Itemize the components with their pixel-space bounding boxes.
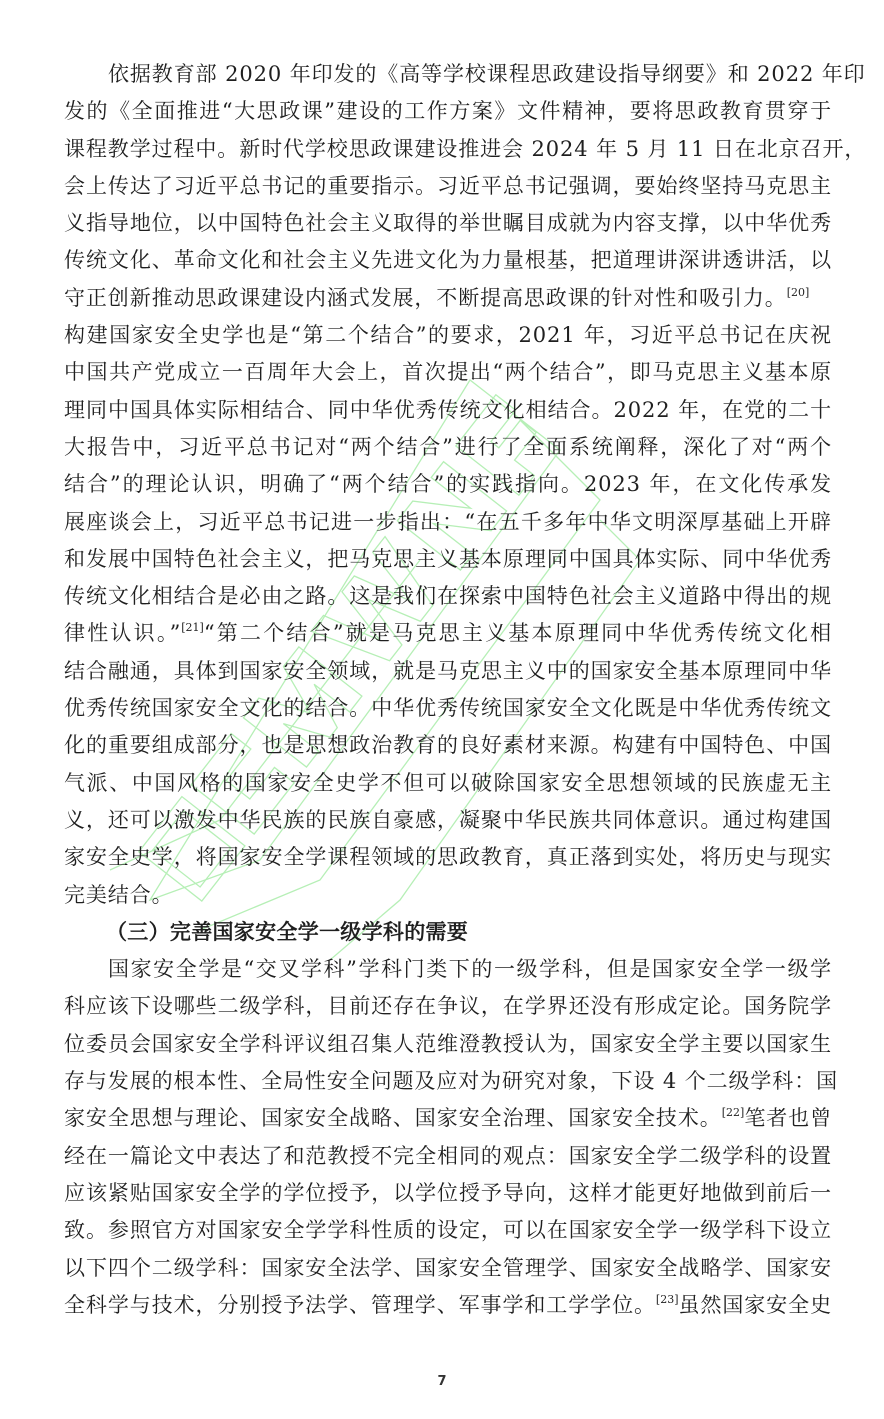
document-page: 依据教育部 2020 年印发的《高等学校课程思政建设指导纲要》和 2022 年印… — [0, 0, 884, 1419]
text-line: 依据教育部 2020 年印发的《高等学校课程思政建设指导纲要》和 2022 年印 — [64, 56, 832, 93]
citation-ref-20[interactable]: [20] — [787, 286, 810, 299]
text-line: 家安全史学，将国家安全学课程领域的思政教育，真正落到实处，将历史与现实 — [64, 839, 832, 876]
page-number: 7 — [0, 1374, 884, 1389]
text-line: 结合融通，具体到国家安全领域，就是马克思主义中的国家安全基本原理同中华 — [64, 653, 832, 690]
text-line: 完美结合。 — [64, 877, 832, 914]
citation-ref-21[interactable]: [21] — [181, 621, 204, 634]
text-line: 守正创新推动思政课建设内涵式发展，不断提高思政课的针对性和吸引力。[20] — [64, 280, 832, 317]
text-line: 以下四个二级学科：国家安全法学、国家安全管理学、国家安全战略学、国家安 — [64, 1250, 832, 1287]
text-line: 致。参照官方对国家安全学学科性质的设定，可以在国家安全学一级学科下设立 — [64, 1212, 832, 1249]
text-line: 大报告中，习近平总书记对“两个结合”进行了全面系统阐释，深化了对“两个 — [64, 429, 832, 466]
text-line: 全科学与技术，分别授予法学、管理学、军事学和工学学位。[23]虽然国家安全史 — [64, 1287, 832, 1324]
text-line: 化的重要组成部分，也是思想政治教育的良好素材来源。构建有中国特色、中国 — [64, 727, 832, 764]
citation-ref-22[interactable]: [22] — [722, 1106, 745, 1119]
text-line: 优秀传统国家安全文化的结合。中华优秀传统国家安全文化既是中华优秀传统文 — [64, 690, 832, 727]
text-segment: 守正创新推动思政课建设内涵式发展，不断提高思政课的针对性和吸引力。 — [64, 286, 787, 310]
text-line: 结合”的理论认识，明确了“两个结合”的实践指向。2023 年，在文化传承发 — [64, 466, 832, 503]
text-line: 存与发展的根本性、全局性安全问题及应对为研究对象，下设 4 个二级学科：国 — [64, 1063, 832, 1100]
text-line: 应该紧贴国家安全学的学位授予，以学位授予导向，这样才能更好地做到前后一 — [64, 1175, 832, 1212]
text-line: 传统文化、革命文化和社会主义先进文化为力量根基，把道理讲深讲透讲活，以 — [64, 242, 832, 279]
text-line: 理同中国具体实际相结合、同中华优秀传统文化相结合。2022 年，在党的二十 — [64, 392, 832, 429]
text-line: 气派、中国风格的国家安全史学不但可以破除国家安全思想领域的民族虚无主 — [64, 765, 832, 802]
text-line: 国家安全学是“交叉学科”学科门类下的一级学科，但是国家安全学一级学 — [64, 951, 832, 988]
text-line: 义，还可以激发中华民族的民族自豪感，凝聚中华民族共同体意识。通过构建国 — [64, 802, 832, 839]
text-line: 和发展中国特色社会主义，把马克思主义基本原理同中国具体实际、同中华优秀 — [64, 541, 832, 578]
text-line: 家安全思想与理论、国家安全战略、国家安全治理、国家安全技术。[22]笔者也曾 — [64, 1100, 832, 1137]
text-line: 中国共产党成立一百周年大会上，首次提出“两个结合”，即马克思主义基本原 — [64, 354, 832, 391]
text-line: 会上传达了习近平总书记的重要指示。习近平总书记强调，要始终坚持马克思主 — [64, 168, 832, 205]
text-line: 构建国家安全史学也是“第二个结合”的要求，2021 年，习近平总书记在庆祝 — [64, 317, 832, 354]
document-body: 依据教育部 2020 年印发的《高等学校课程思政建设指导纲要》和 2022 年印… — [64, 56, 832, 1324]
text-segment: 家安全思想与理论、国家安全战略、国家安全治理、国家安全技术。 — [64, 1106, 722, 1130]
paragraph-3: 国家安全学是“交叉学科”学科门类下的一级学科，但是国家安全学一级学 科应该下设哪… — [64, 951, 832, 1324]
text-line: 传统文化相结合是必由之路。这是我们在探索中国特色社会主义道路中得出的规 — [64, 578, 832, 615]
citation-ref-23[interactable]: [23] — [656, 1293, 679, 1306]
text-line: 科应该下设哪些二级学科，目前还存在争议，在学界还没有形成定论。国务院学 — [64, 988, 832, 1025]
paragraph-2: 构建国家安全史学也是“第二个结合”的要求，2021 年，习近平总书记在庆祝 中国… — [64, 317, 832, 914]
section-heading: （三）完善国家安全学一级学科的需要 — [64, 914, 832, 951]
text-line: 位委员会国家安全学科评议组召集人范维澄教授认为，国家安全学主要以国家生 — [64, 1026, 832, 1063]
paragraph-1: 依据教育部 2020 年印发的《高等学校课程思政建设指导纲要》和 2022 年印… — [64, 56, 832, 317]
text-line: 经在一篇论文中表达了和范教授不完全相同的观点：国家安全学二级学科的设置 — [64, 1138, 832, 1175]
text-line: 展座谈会上，习近平总书记进一步指出：“在五千多年中华文明深厚基础上开辟 — [64, 504, 832, 541]
text-line: 课程教学过程中。新时代学校思政课建设推进会 2024 年 5 月 11 日在北京… — [64, 131, 832, 168]
text-line: 律性认识。”[21]“第二个结合”就是马克思主义基本原理同中华优秀传统文化相 — [64, 615, 832, 652]
text-segment: “第二个结合”就是马克思主义基本原理同中华优秀传统文化相 — [204, 621, 832, 645]
text-segment: 律性认识。” — [64, 621, 181, 645]
text-line: 发的《全面推进“大思政课”建设的工作方案》文件精神，要将思政教育贯穿于 — [64, 93, 832, 130]
text-segment: 全科学与技术，分别授予法学、管理学、军事学和工学学位。 — [64, 1293, 656, 1317]
text-line: 义指导地位，以中国特色社会主义取得的举世瞩目成就为内容支撑，以中华优秀 — [64, 205, 832, 242]
text-segment: 笔者也曾 — [744, 1106, 832, 1130]
text-segment: 虽然国家安全史 — [679, 1293, 832, 1317]
